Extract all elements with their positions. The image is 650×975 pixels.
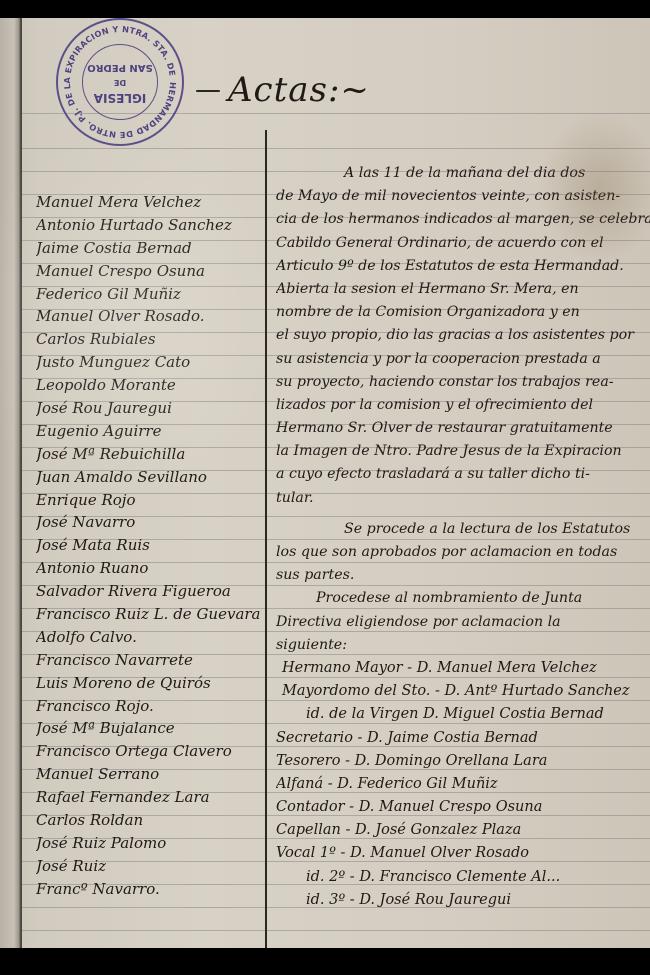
- attendee-name: Antonio Hurtado Sanchez: [36, 214, 266, 237]
- attendee-name: Eugenio Aguirre: [36, 420, 266, 443]
- officer-name: D. Jaime Costia Bernad: [367, 730, 538, 746]
- minutes-line: nombre de la Comision Organizadora y en: [276, 301, 650, 324]
- attendee-list: Manuel Mera Velchez Antonio Hurtado Sanc…: [36, 191, 266, 901]
- minutes-line: lizados por la comision y el ofrecimient…: [276, 394, 650, 417]
- officer-name: D. Manuel Mera Velchez: [417, 660, 597, 676]
- officer-role: Capellan: [276, 822, 341, 838]
- attendee-name: Federico Gil Muñiz: [36, 283, 266, 306]
- attendee-name: Salvador Rivera Figueroa: [36, 580, 266, 603]
- attendee-name: José Mata Ruis: [36, 534, 266, 557]
- officer-row: Mayordomo del Sto. - D. Antº Hurtado San…: [276, 680, 650, 703]
- attendee-name: Luis Moreno de Quirós: [36, 672, 266, 695]
- stamp-text-iglesia: IGLESIA: [58, 92, 182, 104]
- officer-role: Alfaná: [276, 776, 323, 792]
- ruled-line: [22, 930, 650, 931]
- officer-row: id. 3º - D. José Rou Jauregui: [276, 889, 650, 912]
- officer-role: id. de la Virgen: [306, 706, 419, 722]
- minutes-line: A las 11 de la mañana del dia dos: [276, 162, 650, 185]
- officers-list: Hermano Mayor - D. Manuel Mera Velchez M…: [276, 657, 650, 912]
- attendee-name: Leopoldo Morante: [36, 374, 266, 397]
- minutes-line: el suyo propio, dio las gracias a los as…: [276, 324, 650, 347]
- officer-name: D. Domingo Orellana Lara: [355, 753, 548, 769]
- officer-name: D. José Rou Jauregui: [359, 892, 511, 908]
- minutes-line: tular.: [276, 487, 650, 510]
- minutes-line: sus partes.: [276, 564, 650, 587]
- minutes-line: siguiente:: [276, 634, 650, 657]
- attendee-name: Enrique Rojo: [36, 489, 266, 512]
- attendee-name: Manuel Olver Rosado.: [36, 305, 266, 328]
- officer-role: Tesorero: [276, 753, 340, 769]
- stamp-text-de: DE: [58, 78, 182, 86]
- officer-name: D. Miguel Costia Bernad: [423, 706, 604, 722]
- officer-row: Tesorero - D. Domingo Orellana Lara: [276, 750, 650, 773]
- officer-name: D. Antº Hurtado Sanchez: [445, 683, 630, 699]
- attendee-name: Francisco Navarrete: [36, 649, 266, 672]
- minutes-line: Procedese al nombramiento de Junta: [276, 587, 650, 610]
- minutes-line: Se procede a la lectura de los Estatutos: [276, 518, 650, 541]
- attendee-name: Carlos Rubiales: [36, 328, 266, 351]
- attendee-name: Jaime Costia Bernad: [36, 237, 266, 260]
- attendee-name: Antonio Ruano: [36, 557, 266, 580]
- attendee-name: Rafael Fernandez Lara: [36, 786, 266, 809]
- officer-row: Hermano Mayor - D. Manuel Mera Velchez: [276, 657, 650, 680]
- minutes-line: los que son aprobados por aclamacion en …: [276, 541, 650, 564]
- attendee-name: Carlos Roldan: [36, 809, 266, 832]
- officer-role: Contador: [276, 799, 345, 815]
- minutes-line: la Imagen de Ntro. Padre Jesus de la Exp…: [276, 440, 650, 463]
- officer-row: Contador - D. Manuel Crespo Osuna: [276, 796, 650, 819]
- attendee-name: Francº Navarro.: [36, 878, 266, 901]
- attendee-name: José Rou Jauregui: [36, 397, 266, 420]
- officer-role: Hermano Mayor: [282, 660, 403, 676]
- attendee-name: Francisco Ortega Clavero: [36, 740, 266, 763]
- book-binding: [0, 18, 22, 948]
- minutes-line: de Mayo de mil novecientos veinte, con a…: [276, 185, 650, 208]
- minutes-line: Directiva eligiendose por aclamacion la: [276, 611, 650, 634]
- minutes-line: Cabildo General Ordinario, de acuerdo co…: [276, 232, 650, 255]
- minutes-line: su proyecto, haciendo constar los trabaj…: [276, 371, 650, 394]
- officer-row: Vocal 1º - D. Manuel Olver Rosado: [276, 842, 650, 865]
- document-page: HERMANDAD DE NTRO. P.J. DE LA EXPIRACION…: [0, 18, 650, 948]
- attendee-name: José Ruiz Palomo: [36, 832, 266, 855]
- minutes-line: Articulo 9º de los Estatutos de esta Her…: [276, 255, 650, 278]
- attendee-name: Juan Amaldo Sevillano: [36, 466, 266, 489]
- officer-name: D. Francisco Clemente Al...: [359, 869, 560, 885]
- officer-row: Capellan - D. José Gonzalez Plaza: [276, 819, 650, 842]
- attendee-name: José Mª Bujalance: [36, 717, 266, 740]
- officer-name: D. Federico Gil Muñiz: [337, 776, 497, 792]
- attendee-name: Francisco Ruiz L. de Guevara: [36, 603, 266, 626]
- officer-role: Mayordomo del Sto.: [282, 683, 430, 699]
- officer-name: D. José Gonzalez Plaza: [355, 822, 521, 838]
- attendee-name: José Mª Rebuichilla: [36, 443, 266, 466]
- minutes-body: A las 11 de la mañana del dia dos de May…: [276, 162, 650, 912]
- attendee-name: Manuel Mera Velchez: [36, 191, 266, 214]
- officer-role: Secretario: [276, 730, 353, 746]
- attendee-name: Adolfo Calvo.: [36, 626, 266, 649]
- church-stamp: HERMANDAD DE NTRO. P.J. DE LA EXPIRACION…: [56, 18, 184, 146]
- officer-row: Alfaná - D. Federico Gil Muñiz: [276, 773, 650, 796]
- officer-name: D. Manuel Crespo Osuna: [359, 799, 543, 815]
- attendee-name: José Ruiz: [36, 855, 266, 878]
- page-title: Actas:~: [228, 70, 370, 110]
- minutes-line: cia de los hermanos indicados al margen,…: [276, 208, 650, 231]
- attendee-name: Justo Munguez Cato: [36, 351, 266, 374]
- officer-row: id. de la Virgen D. Miguel Costia Bernad: [276, 703, 650, 726]
- officer-name: D. Manuel Olver Rosado: [350, 845, 529, 861]
- ruled-line: [22, 148, 650, 149]
- minutes-line: a cuyo efecto trasladará a su taller dic…: [276, 463, 650, 486]
- attendee-name: Manuel Serrano: [36, 763, 266, 786]
- minutes-line: Hermano Sr. Olver de restaurar gratuitam…: [276, 417, 650, 440]
- minutes-line: su asistencia y por la cooperacion prest…: [276, 348, 650, 371]
- stamp-text-san-pedro: SAN PEDRO: [58, 62, 182, 72]
- officer-role: id. 2º: [306, 869, 345, 885]
- officer-row: Secretario - D. Jaime Costia Bernad: [276, 727, 650, 750]
- title-flourish: [196, 90, 220, 92]
- attendee-name: Manuel Crespo Osuna: [36, 260, 266, 283]
- officer-row: id. 2º - D. Francisco Clemente Al...: [276, 866, 650, 889]
- minutes-line: Abierta la sesion el Hermano Sr. Mera, e…: [276, 278, 650, 301]
- officer-role: id. 3º: [306, 892, 345, 908]
- attendee-name: José Navarro: [36, 511, 266, 534]
- officer-role: Vocal 1º: [276, 845, 336, 861]
- attendee-name: Francisco Rojo.: [36, 695, 266, 718]
